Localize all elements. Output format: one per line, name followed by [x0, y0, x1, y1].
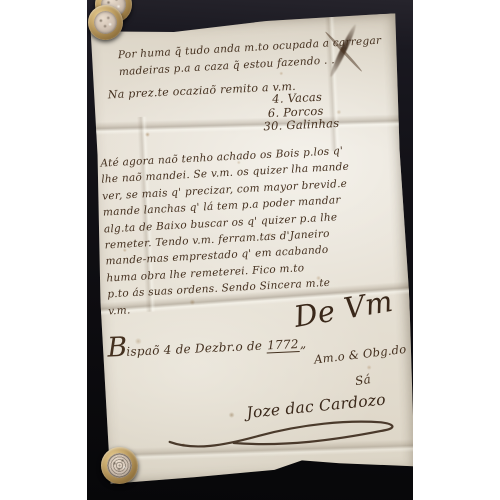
- signature-flourish: [163, 411, 404, 454]
- pound-coin-bottom: [101, 447, 138, 484]
- dateline-year: 1772: [266, 337, 300, 354]
- dateline: Bispaõ 4 de Dezbr.o de 1772„: [107, 324, 307, 364]
- coin-center: [107, 453, 132, 478]
- livestock-item: 30. Galinhas: [263, 117, 339, 134]
- pound-coin-top-front: [88, 5, 123, 40]
- manuscript-letter-paper: Por huma q̃ tudo anda m.to ocupada a car…: [87, 13, 413, 485]
- fold-crease-horizontal-top: [87, 114, 405, 135]
- dateline-initial: B: [107, 332, 127, 364]
- dateline-place-date: ispaõ 4 de Dezbr.o de: [126, 338, 267, 358]
- livestock-list: 4. Vacas 6. Porcos 30. Galinhas: [262, 90, 340, 134]
- listing-image: Por huma q̃ tudo anda m.to ocupada a car…: [0, 0, 500, 500]
- rubric-mark: Sá: [354, 372, 372, 388]
- coin-center: [94, 11, 118, 35]
- regards-abbreviation: Am.o & Obg.do: [313, 342, 407, 367]
- letter-photograph: Por huma q̃ tudo anda m.to ocupada a car…: [87, 0, 413, 500]
- handwriting-body: Até agora naõ tenho achado os Bois p.los…: [100, 143, 356, 320]
- dateline-flourish: „: [299, 337, 306, 351]
